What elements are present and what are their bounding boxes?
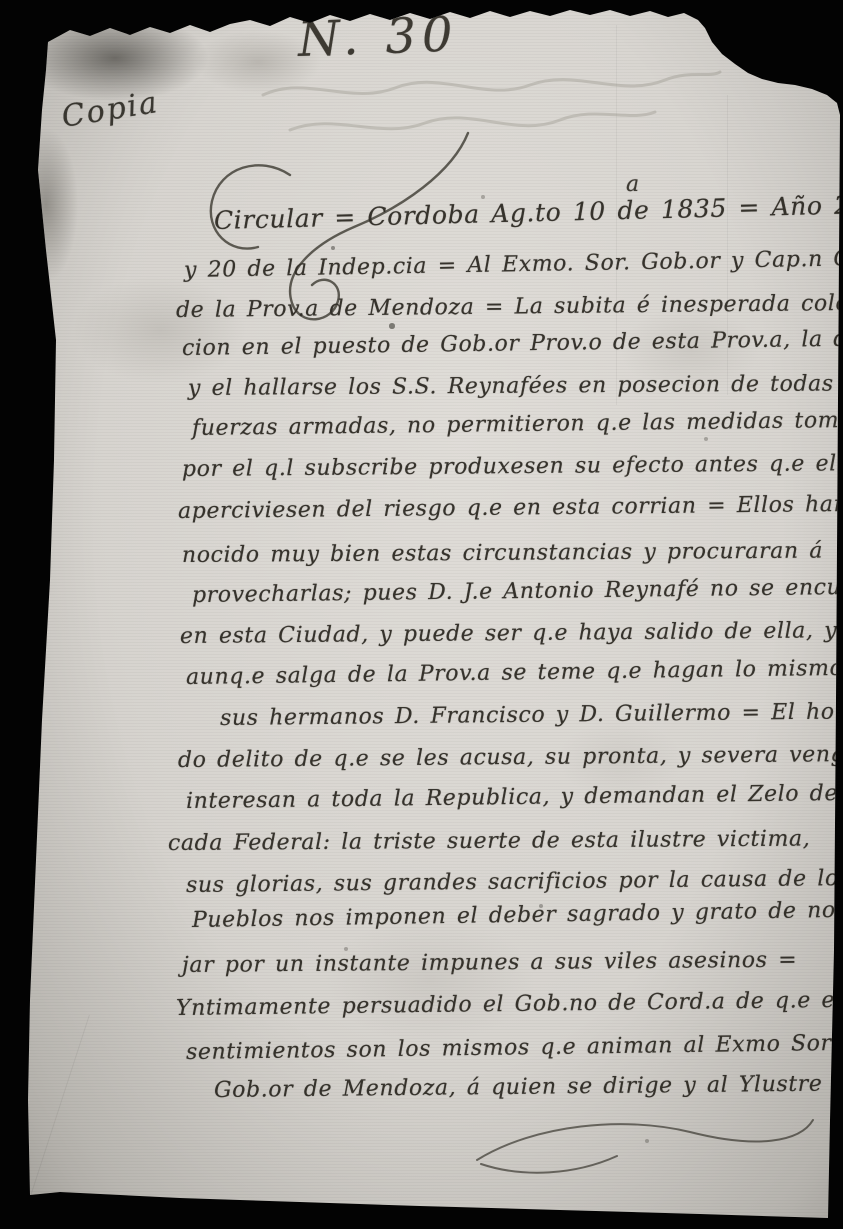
manuscript-line: Gob.or de Mendoza, á quien se dirige y a…	[214, 1071, 843, 1103]
manuscript-line: en esta Ciudad, y puede ser q.e haya sal…	[180, 618, 837, 649]
manuscript-line: interesan a toda la Republica, y demanda…	[186, 781, 838, 814]
manuscript-line: Pueblos nos imponen el deber sagrado y g…	[192, 897, 843, 933]
manuscript-line: provecharlas; pues D. J.e Antonio Reynaf…	[192, 574, 843, 608]
manuscript-line: aperciviesen del riesgo q.e en esta corr…	[178, 492, 843, 524]
manuscript-line: cada Federal: la triste suerte de esta i…	[168, 827, 810, 856]
manuscript-line: do delito de q.e se les acusa, su pronta…	[178, 742, 843, 773]
manuscript-line: sus hermanos D. Francisco y D. Guillermo…	[220, 699, 843, 731]
paper-crease	[27, 1015, 90, 1206]
stray-superscript-mark: a	[626, 172, 639, 197]
scanned-document: N. 30 Copia a Circular = Cordoba Ag.to 1…	[0, 0, 843, 1229]
manuscript-line: fuerzas armadas, no permitieron q.e las …	[192, 407, 843, 441]
closing-flourish	[465, 1112, 825, 1187]
manuscript-line: sentimientos son los mismos q.e animan a…	[186, 1031, 832, 1065]
ink-specks	[0, 0, 2, 2]
manuscript-page: N. 30 Copia a Circular = Cordoba Ag.to 1…	[0, 0, 843, 1229]
manuscript-line: aunq.e salga de la Prov.a se teme q.e ha…	[186, 656, 843, 690]
manuscript-line: sus glorias, sus grandes sacrificios por…	[186, 866, 843, 898]
copy-annotation: Copia	[59, 85, 161, 135]
manuscript-line: y el hallarse los S.S. Reynafées en pose…	[188, 371, 843, 401]
manuscript-line: nocido muy bien estas circunstancias y p…	[182, 539, 823, 568]
document-number: N. 30	[297, 6, 459, 68]
manuscript-line: Yntimamente persuadido el Gob.no de Cord…	[176, 987, 843, 1021]
manuscript-line: jar por un instante impunes a sus viles …	[182, 948, 797, 978]
manuscript-line: por el q.l subscribe produxesen su efect…	[182, 451, 843, 482]
